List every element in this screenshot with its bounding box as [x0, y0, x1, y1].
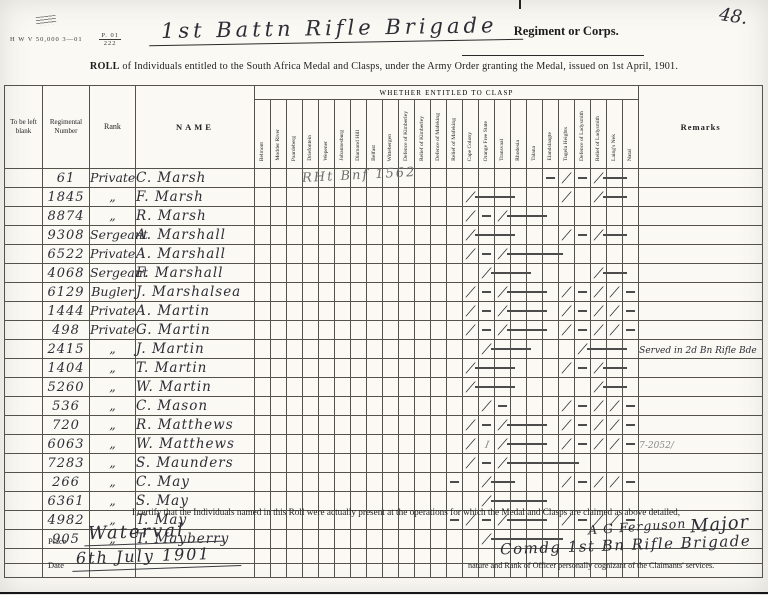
- clasp-mark-cell: [415, 188, 431, 207]
- blank-cell: [5, 416, 43, 435]
- clasp-mark-cell: [319, 340, 335, 359]
- rank-cell: Private: [90, 245, 136, 264]
- clasp-long-dash-mark: [603, 272, 627, 273]
- clasp-mark-cell: /: [607, 416, 623, 435]
- column-header-regimental-number-label: Regimental Number: [43, 118, 89, 136]
- clasp-tick-mark: /: [466, 326, 474, 336]
- clasp-mark-cell: [447, 397, 463, 416]
- clasp-mark-cell: [255, 473, 271, 492]
- clasp-mark-cell: [335, 530, 351, 549]
- handwritten-text: W. Matthews: [136, 436, 235, 452]
- name-cell: A. Marshall: [136, 226, 255, 245]
- clasp-mark-cell: [351, 454, 367, 473]
- clasp-mark-cell: [543, 378, 559, 397]
- clasp-mark-cell: [319, 435, 335, 454]
- clasp-long-dash-mark: [603, 196, 627, 197]
- clasp-mark-cell: [367, 245, 383, 264]
- clasp-mark-cell: [335, 473, 351, 492]
- clasp-tick-mark: /: [610, 288, 618, 298]
- clasp-column-header: Johannesburg: [335, 100, 351, 169]
- clasp-long-dash-mark: [523, 310, 547, 311]
- clasp-column-label: Tugela Heights: [564, 127, 570, 161]
- clasp-column-label: Rhodesia: [516, 140, 522, 161]
- clasp-mark-cell: [447, 530, 463, 549]
- clasp-mark-cell: [447, 321, 463, 340]
- scanned-medal-roll-page: H W V 50,000 3—01 P. 01 222 48. 1st Batt…: [0, 0, 768, 595]
- remarks-cell: [639, 359, 763, 378]
- clasp-column-label: Elandslaagte: [548, 132, 554, 161]
- clasp-mark-cell: [607, 245, 623, 264]
- regiment-line: 1st Battn Rifle BrigadeRegiment or Corps…: [0, 16, 768, 43]
- table-row: 498PrivateG. Martin/////: [5, 321, 763, 340]
- clasp-mark-cell: /: [559, 283, 575, 302]
- clasp-mark-cell: [527, 416, 543, 435]
- clasp-mark-cell: [575, 302, 591, 321]
- name-cell: J. Martin: [136, 340, 255, 359]
- clasp-mark-cell: [287, 340, 303, 359]
- clasp-mark-cell: [575, 416, 591, 435]
- reg-number-cell: 8874: [43, 207, 90, 226]
- handwritten-text: J. Martin: [136, 341, 205, 357]
- clasp-mark-cell: [575, 245, 591, 264]
- clasp-tick-mark: /: [466, 307, 474, 317]
- clasp-column-header: Defence of Mafeking: [431, 100, 447, 169]
- clasp-mark-cell: [575, 169, 591, 188]
- clasp-mark-cell: [367, 473, 383, 492]
- clasp-mark-cell: [543, 473, 559, 492]
- clasp-mark-cell: [319, 378, 335, 397]
- clasp-column-header: Wepener: [319, 100, 335, 169]
- clasp-long-dash-mark: [491, 386, 515, 387]
- clasp-mark-cell: [351, 245, 367, 264]
- clasp-mark-cell: [447, 454, 463, 473]
- blank-cell: [5, 435, 43, 454]
- clasp-tick-mark: /: [466, 383, 474, 393]
- remarks-cell: Served in 2d Bn Rifle Bde: [639, 340, 763, 359]
- clasp-dash-mark: [626, 291, 635, 292]
- clasp-mark-cell: /: [479, 397, 495, 416]
- clasp-long-dash-mark: [523, 329, 547, 330]
- name-cell: R. Marsh: [136, 207, 255, 226]
- clasp-dash-mark: [578, 405, 587, 406]
- name-cell: S. Maunders: [136, 454, 255, 473]
- table-row: 1845„F. Marsh///: [5, 188, 763, 207]
- clasp-mark-cell: [399, 207, 415, 226]
- blank-cell: [5, 530, 43, 549]
- empty-cell: [367, 549, 383, 564]
- clasp-mark-cell: [383, 302, 399, 321]
- clasp-mark-cell: [415, 283, 431, 302]
- clasp-column-label: Cape Colony: [468, 132, 474, 161]
- empty-cell: [399, 549, 415, 564]
- table-row: 720„R. Matthews/////: [5, 416, 763, 435]
- clasp-column-label: Modder River: [276, 129, 282, 161]
- clasp-mark-cell: [255, 245, 271, 264]
- empty-cell: [319, 563, 335, 578]
- clasp-tick-mark: /: [610, 326, 618, 336]
- empty-cell: [447, 549, 463, 564]
- clasp-mark-cell: [383, 283, 399, 302]
- clasp-mark-cell: [623, 245, 639, 264]
- clasp-mark-cell: [303, 473, 319, 492]
- empty-cell: [415, 549, 431, 564]
- clasp-mark-cell: [271, 340, 287, 359]
- clasp-tick-mark: /: [498, 288, 506, 298]
- clasp-mark-cell: [383, 435, 399, 454]
- clasp-mark-cell: [367, 378, 383, 397]
- clasp-mark-cell: [319, 264, 335, 283]
- clasp-mark-cell: /: [463, 283, 479, 302]
- clasp-mark-cell: [607, 188, 623, 207]
- clasp-mark-cell: [351, 188, 367, 207]
- rank-cell: Bugler: [90, 283, 136, 302]
- clasp-tick-mark: /: [562, 364, 570, 374]
- clasp-mark-cell: [255, 169, 271, 188]
- clasp-mark-cell: [271, 264, 287, 283]
- clasp-mark-cell: [271, 169, 287, 188]
- regiment-handwritten: 1st Battn Rifle Brigade: [149, 13, 524, 47]
- clasp-mark-cell: [511, 397, 527, 416]
- clasp-tick-mark: /: [562, 440, 570, 450]
- empty-cell: [319, 549, 335, 564]
- clasp-mark-cell: [351, 435, 367, 454]
- clasp-mark-cell: [335, 283, 351, 302]
- handwritten-text: 266: [52, 475, 80, 490]
- clasp-mark-cell: [367, 188, 383, 207]
- clasp-mark-cell: [351, 207, 367, 226]
- handwritten-text: „: [109, 189, 115, 204]
- clasp-group-header: WHETHER ENTITLED TO CLASP: [255, 86, 639, 100]
- clasp-mark-cell: [415, 397, 431, 416]
- clasp-tick-mark: /: [610, 440, 618, 450]
- roll-title-rest: of Individuals entitled to the South Afr…: [120, 61, 679, 72]
- handwritten-text: C. May: [136, 474, 190, 490]
- clasp-tick-mark: /: [482, 478, 490, 488]
- clasp-mark-cell: [399, 416, 415, 435]
- clasp-mark-cell: /: [559, 226, 575, 245]
- clasp-mark-cell: [543, 226, 559, 245]
- clasp-mark-cell: [319, 530, 335, 549]
- handwritten-text: „: [109, 493, 115, 508]
- clasp-mark-cell: [431, 435, 447, 454]
- empty-cell: [415, 563, 431, 578]
- clasp-mark-cell: /: [591, 283, 607, 302]
- clasp-tick-mark: /: [594, 383, 602, 393]
- clasp-mark-cell: /: [559, 359, 575, 378]
- clasp-mark-cell: [415, 264, 431, 283]
- blank-cell: [5, 226, 43, 245]
- clasp-mark-cell: [335, 416, 351, 435]
- clasp-column-header: Natal: [623, 100, 639, 169]
- clasp-long-dash-mark: [523, 424, 547, 425]
- clasp-dash-mark: [626, 329, 635, 330]
- clasp-mark-cell: [335, 435, 351, 454]
- remarks-cell: [639, 226, 763, 245]
- clasp-mark-cell: [383, 207, 399, 226]
- clasp-long-dash-mark: [491, 196, 515, 197]
- clasp-mark-cell: I: [479, 435, 495, 454]
- clasp-mark-cell: [383, 340, 399, 359]
- clasp-mark-cell: [431, 340, 447, 359]
- clasp-mark-cell: [319, 454, 335, 473]
- clasp-mark-cell: [447, 245, 463, 264]
- clasp-mark-cell: [335, 454, 351, 473]
- clasp-mark-cell: [543, 340, 559, 359]
- clasp-mark-cell: [431, 359, 447, 378]
- name-cell: F. Marshall: [136, 264, 255, 283]
- clasp-mark-cell: [255, 321, 271, 340]
- clasp-mark-cell: [399, 321, 415, 340]
- clasp-tick-mark: /: [562, 174, 570, 184]
- name-cell: F. Marsh: [136, 188, 255, 207]
- clasp-mark-cell: /: [607, 473, 623, 492]
- clasp-mark-cell: [479, 207, 495, 226]
- clasp-mark-cell: [415, 340, 431, 359]
- clasp-mark-cell: [351, 530, 367, 549]
- column-header-rank-label: Rank: [90, 122, 135, 132]
- clasp-mark-cell: [399, 473, 415, 492]
- clasp-long-dash-mark: [491, 481, 515, 482]
- reg-number-cell: 6361: [43, 492, 90, 511]
- clasp-tick-mark: /: [466, 440, 474, 450]
- handwritten-text: 498: [52, 323, 80, 338]
- clasp-tick-mark: /: [562, 307, 570, 317]
- place-value: Waterval: [84, 519, 224, 547]
- handwritten-text: 6129: [47, 285, 84, 300]
- clasp-tick-mark: /: [482, 269, 490, 279]
- clasp-dash-mark: [626, 405, 635, 406]
- blank-cell: [5, 454, 43, 473]
- clasp-mark-cell: [303, 321, 319, 340]
- handwritten-text: G. Martin: [136, 322, 211, 338]
- clasp-mark-cell: [543, 188, 559, 207]
- handwritten-text: 6361: [47, 494, 84, 509]
- clasp-mark-cell: [463, 340, 479, 359]
- clasp-dash-mark: [578, 443, 587, 444]
- clasp-mark-cell: /: [591, 416, 607, 435]
- clasp-mark-cell: [319, 416, 335, 435]
- clasp-mark-cell: [335, 207, 351, 226]
- handwritten-text: 5260: [47, 380, 84, 395]
- clasp-mark-cell: [351, 264, 367, 283]
- clasp-mark-cell: [367, 397, 383, 416]
- clasp-dash-mark: [578, 177, 587, 178]
- empty-cell: [5, 563, 43, 578]
- clasp-mark-cell: [543, 359, 559, 378]
- clasp-mark-cell: [575, 283, 591, 302]
- clasp-mark-cell: [287, 454, 303, 473]
- clasp-mark-cell: [303, 397, 319, 416]
- clasp-mark-cell: [607, 454, 623, 473]
- clasp-mark-cell: /: [591, 435, 607, 454]
- clasp-mark-cell: [319, 397, 335, 416]
- handwritten-text: S. Maunders: [136, 455, 234, 471]
- clasp-mark-cell: [335, 188, 351, 207]
- remarks-cell: [639, 416, 763, 435]
- clasp-column-label: Driefontein: [308, 135, 314, 161]
- clasp-mark-cell: [271, 530, 287, 549]
- clasp-mark-cell: [575, 207, 591, 226]
- empty-cell: [335, 549, 351, 564]
- name-cell: J. Marshalsea: [136, 283, 255, 302]
- empty-cell: [271, 549, 287, 564]
- clasp-tick-mark: /: [610, 421, 618, 431]
- clasp-mark-cell: [447, 340, 463, 359]
- clasp-mark-cell: [367, 416, 383, 435]
- remarks-cell: [639, 207, 763, 226]
- clasp-mark-cell: /: [607, 435, 623, 454]
- clasp-mark-cell: [383, 454, 399, 473]
- remarks-cell: [639, 302, 763, 321]
- clasp-mark-cell: [479, 321, 495, 340]
- clasp-dash-mark: [482, 310, 491, 311]
- handwritten-text: 4982: [47, 513, 84, 528]
- clasp-mark-cell: [287, 188, 303, 207]
- clasp-mark-cell: [255, 340, 271, 359]
- clasp-column-label: Wittebergen: [388, 134, 394, 161]
- clasp-mark-cell: [399, 226, 415, 245]
- reg-number-cell: 4068: [43, 264, 90, 283]
- clasp-mark-cell: [287, 416, 303, 435]
- handwritten-text: C. Mason: [136, 398, 208, 414]
- clasp-mark-cell: [575, 226, 591, 245]
- clasp-mark-cell: [431, 169, 447, 188]
- clasp-mark-cell: [415, 169, 431, 188]
- name-cell: C. Marsh: [136, 169, 255, 188]
- clasp-mark-cell: [367, 530, 383, 549]
- rank-cell: „: [90, 397, 136, 416]
- clasp-mark-cell: [399, 359, 415, 378]
- clasp-mark-cell: [287, 245, 303, 264]
- clasp-mark-cell: [447, 359, 463, 378]
- handwritten-text: 61: [57, 171, 76, 186]
- clasp-mark-cell: /: [559, 302, 575, 321]
- clasp-mark-cell: [367, 435, 383, 454]
- clasp-mark-cell: [383, 416, 399, 435]
- clasp-mark-cell: [399, 397, 415, 416]
- clasp-mark-cell: [255, 359, 271, 378]
- clasp-column-header: Relief of Kimberley: [415, 100, 431, 169]
- handwritten-text: 720: [52, 418, 80, 433]
- column-header-name-label: NAME: [136, 122, 254, 133]
- clasp-dash-mark: [450, 519, 459, 520]
- clasp-mark-cell: [383, 530, 399, 549]
- clasp-mark-cell: [351, 302, 367, 321]
- clasp-mark-cell: /: [463, 416, 479, 435]
- clasp-mark-cell: /: [559, 416, 575, 435]
- clasp-dash-mark: [578, 367, 587, 368]
- clasp-mark-cell: [319, 321, 335, 340]
- empty-cell: [287, 563, 303, 578]
- rank-cell: „: [90, 340, 136, 359]
- clasp-mark-cell: [447, 169, 463, 188]
- reg-number-cell: 1444: [43, 302, 90, 321]
- clasp-mark-cell: [431, 530, 447, 549]
- clasp-mark-cell: [399, 530, 415, 549]
- rank-cell: „: [90, 378, 136, 397]
- clasp-mark-cell: [431, 264, 447, 283]
- clasp-mark-cell: [415, 454, 431, 473]
- clasp-mark-cell: [399, 188, 415, 207]
- clasp-long-dash-mark: [539, 253, 563, 254]
- clasp-mark-cell: [463, 473, 479, 492]
- name-cell: A. Marshall: [136, 245, 255, 264]
- clasp-tick-mark: /: [562, 402, 570, 412]
- clasp-mark-cell: [415, 435, 431, 454]
- handwritten-text: „: [109, 474, 115, 489]
- clasp-mark-cell: [303, 188, 319, 207]
- column-header-name: NAME: [136, 86, 255, 169]
- clasp-mark-cell: /: [463, 454, 479, 473]
- remarks-cell: [639, 169, 763, 188]
- clasp-mark-cell: [367, 302, 383, 321]
- clasp-mark-cell: [271, 207, 287, 226]
- clasp-mark-cell: [271, 226, 287, 245]
- reg-number-cell: 498: [43, 321, 90, 340]
- reg-number-cell: 7283: [43, 454, 90, 473]
- clasp-mark-cell: [383, 359, 399, 378]
- clasp-tick-mark: /: [498, 421, 506, 431]
- clasp-mark-cell: [367, 321, 383, 340]
- handwritten-text: Private: [90, 170, 135, 185]
- clasp-column-label: Orange Free State: [484, 121, 490, 161]
- clasp-mark-cell: /: [559, 473, 575, 492]
- clasp-column-label: Defence of Mafeking: [436, 113, 442, 161]
- clasp-mark-cell: [383, 321, 399, 340]
- table-row: 5260„W. Martin//: [5, 378, 763, 397]
- clasp-mark-cell: /: [607, 321, 623, 340]
- clasp-column-header: Elandslaagte: [543, 100, 559, 169]
- clasp-mark-cell: [575, 378, 591, 397]
- handwritten-text: A. Martin: [136, 303, 210, 319]
- clasp-mark-cell: [447, 226, 463, 245]
- remarks-cell: [639, 321, 763, 340]
- clasp-mark-cell: [287, 435, 303, 454]
- clasp-mark-cell: [287, 321, 303, 340]
- empty-cell: [335, 563, 351, 578]
- clasp-mark-cell: [511, 340, 527, 359]
- clasp-mark-cell: [447, 302, 463, 321]
- clasp-mark-cell: /: [463, 207, 479, 226]
- clasp-dash-mark: [498, 405, 507, 406]
- clasp-tick-mark: /: [594, 231, 602, 241]
- clasp-mark-cell: [255, 416, 271, 435]
- blank-cell: [5, 492, 43, 511]
- blank-cell: [5, 302, 43, 321]
- clasp-mark-cell: /: [591, 397, 607, 416]
- clasp-tick-mark: /: [594, 364, 602, 374]
- clasp-tick-mark: /: [594, 402, 602, 412]
- empty-cell: [383, 563, 399, 578]
- clasp-mark-cell: /: [607, 302, 623, 321]
- clasp-mark-cell: [415, 245, 431, 264]
- clasp-mark-cell: [255, 378, 271, 397]
- clasp-column-label: Defence of Kimberley: [404, 111, 410, 161]
- clasp-mark-cell: [447, 207, 463, 226]
- clasp-tick-mark: /: [482, 345, 490, 355]
- rank-cell: „: [90, 359, 136, 378]
- clasp-mark-cell: [399, 454, 415, 473]
- scan-edge-mark: [519, 0, 521, 9]
- certify-statement: I certify that the Individuals named in …: [132, 507, 680, 517]
- clasp-mark-cell: [255, 264, 271, 283]
- clasp-mark-cell: [543, 397, 559, 416]
- clasp-tick-mark: /: [482, 535, 490, 545]
- clasp-column-header: Rhodesia: [511, 100, 527, 169]
- rank-cell: „: [90, 473, 136, 492]
- table-row: 536„C. Mason////: [5, 397, 763, 416]
- clasp-mark-cell: [255, 454, 271, 473]
